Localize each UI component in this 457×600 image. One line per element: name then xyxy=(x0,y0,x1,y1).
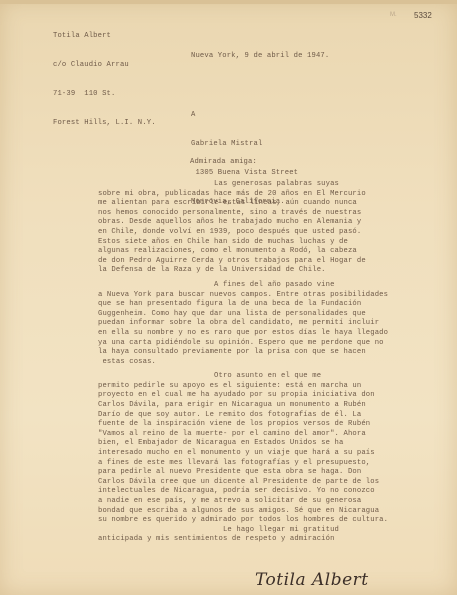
body-line: de don Pedro Aguirre Cerda y otros traba… xyxy=(98,257,388,267)
recipient-prefix: A xyxy=(191,111,298,121)
sender-street: 71-39 110 St. xyxy=(53,90,156,100)
body-line: Las generosas palabras suyas xyxy=(98,180,388,190)
body-line: intelectuales de Nicaragua, podría ser d… xyxy=(98,487,388,497)
letter-body: Las generosas palabras suyassobre mi obr… xyxy=(98,180,388,545)
body-line: Le hago llegar mi gratitud xyxy=(98,526,388,536)
body-line: Darío de que soy autor. Le remito dos fo… xyxy=(98,411,388,421)
body-line: a nadie en ese país, y me atrevo a solic… xyxy=(98,497,388,507)
body-line: su nombre es querido y admirado por todo… xyxy=(98,516,388,526)
body-line: me alientan para escribirle estas líneas… xyxy=(98,199,388,209)
archive-mark: M. xyxy=(390,12,397,18)
body-line: interesado mucho en el monumento y un vi… xyxy=(98,449,388,459)
body-line: en ella su nombre y no es raro que por e… xyxy=(98,329,388,339)
archive-number: 5332 xyxy=(414,11,432,20)
body-line: puedan informar sobre la obra del candid… xyxy=(98,319,388,329)
body-line: a fines de este mes llevará las fotograf… xyxy=(98,459,388,469)
body-line: sobre mi obra, publicadas hace más de 20… xyxy=(98,190,388,200)
body-line: A fines del año pasado vine xyxy=(98,281,388,291)
body-line: Carlos Dávila cree que un dicente al Pre… xyxy=(98,478,388,488)
letter-page: M. 5332 Totila Albert c/o Claudio Arrau … xyxy=(0,0,457,595)
body-line: estas cosas. xyxy=(98,358,388,368)
recipient-street: 1305 Buena Vista Street xyxy=(191,169,298,179)
body-line: Guggenheim. Como hay que dar una lista d… xyxy=(98,310,388,320)
body-line: Carlos Dávila, para erigir en Nicaragua … xyxy=(98,401,388,411)
sender-care-of: c/o Claudio Arrau xyxy=(53,61,156,71)
handwritten-signature: Totila Albert xyxy=(255,570,369,590)
letter-date: Nueva York, 9 de abril de 1947. xyxy=(191,52,329,62)
body-line: que se han presentado figura la de una b… xyxy=(98,300,388,310)
sender-city: Forest Hills, L.I. N.Y. xyxy=(53,119,156,129)
body-line: para pedirle al nuevo Presidente que est… xyxy=(98,468,388,478)
body-line: la Defensa de la Raza y de la Universida… xyxy=(98,266,388,276)
body-line: algunas realizaciones, como el monumento… xyxy=(98,247,388,257)
body-line: bien, el Embajador de Nicaragua en Estad… xyxy=(98,439,388,449)
body-line: Otro asunto en el que me xyxy=(98,372,388,382)
body-line: Estos siete años en Chile han sido de mu… xyxy=(98,238,388,248)
body-line: "Vamos al reino de la muerte- por el cam… xyxy=(98,430,388,440)
body-line: permito pedirle su apoyo es el siguiente… xyxy=(98,382,388,392)
body-line: ya una carta pidiéndole su opinión. Espe… xyxy=(98,339,388,349)
body-line: nos hemos conocido personalmente, sino a… xyxy=(98,209,388,219)
body-line: la haya consultado previamente por la pr… xyxy=(98,348,388,358)
sender-name: Totila Albert xyxy=(53,32,156,42)
recipient-name: Gabriela Mistral xyxy=(191,140,298,150)
body-line: en Chile, donde volví en 1939, poco desp… xyxy=(98,228,388,238)
body-line: anticipada y mis sentimientos de respeto… xyxy=(98,535,388,545)
body-line: fuente de la inspiración viene de los pr… xyxy=(98,420,388,430)
sender-address-block: Totila Albert c/o Claudio Arrau 71-39 11… xyxy=(53,13,156,147)
body-line: a Nueva York para buscar nuevos campos. … xyxy=(98,291,388,301)
body-line: proyecto en el cual me ha ayudado por su… xyxy=(98,391,388,401)
body-line: obras. Desde aquellos años he trabajado … xyxy=(98,218,388,228)
salutation: Admirada amiga: xyxy=(190,158,257,168)
body-line: bondad que escriba a algunos de sus amig… xyxy=(98,507,388,517)
